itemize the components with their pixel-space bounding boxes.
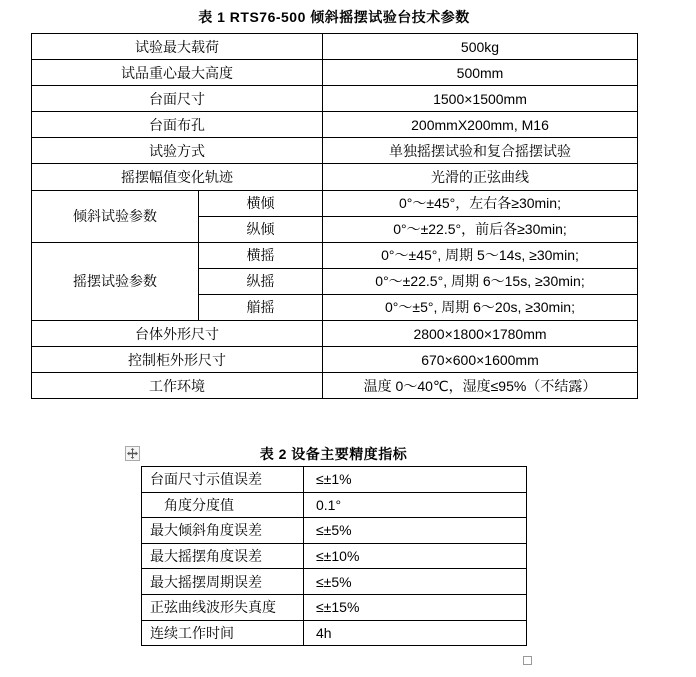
param-value: 0°～±5°, 周期 6～20s, ≥30min; <box>323 294 638 320</box>
table-row: 台体外形尺寸 2800×1800×1780mm <box>32 321 638 347</box>
param-value: 1500×1500mm <box>323 86 638 112</box>
param-value: 0°～±22.5°，前后各≥30min; <box>323 216 638 242</box>
param-value: 温度 0～40℃，湿度≤95%（不结露） <box>323 373 638 399</box>
param-label: 试验方式 <box>32 138 323 164</box>
precision-value: ≤±1% <box>304 467 527 493</box>
param-value: 单独摇摆试验和复合摇摆试验 <box>323 138 638 164</box>
precision-value: 0.1° <box>304 492 527 518</box>
table-row: 台面尺寸示值误差 ≤±1% <box>142 467 527 493</box>
precision-label: 最大倾斜角度误差 <box>142 518 304 544</box>
param-label: 摇摆幅值变化轨迹 <box>32 164 323 190</box>
precision-label: 角度分度值 <box>142 492 304 518</box>
group-label-tilt-test-params: 倾斜试验参数 <box>32 190 199 242</box>
move-icon <box>127 448 138 459</box>
table-row: 角度分度值 0.1° <box>142 492 527 518</box>
param-value: 0°～±45°，左右各≥30min; <box>323 190 638 216</box>
table-row: 台面尺寸 1500×1500mm <box>32 86 638 112</box>
group-label-sway-test-params: 摇摆试验参数 <box>32 242 199 320</box>
table-row: 试品重心最大高度 500mm <box>32 60 638 86</box>
table-row: 摇摆幅值变化轨迹 光滑的正弦曲线 <box>32 164 638 190</box>
table-row: 连续工作时间 4h <box>142 620 527 646</box>
table-row: 最大倾斜角度误差 ≤±5% <box>142 518 527 544</box>
precision-value: ≤±5% <box>304 569 527 595</box>
table-resize-handle[interactable] <box>523 656 532 665</box>
param-value: 0°～±45°, 周期 5～14s, ≥30min; <box>323 242 638 268</box>
table-row: 最大摇摆周期误差 ≤±5% <box>142 569 527 595</box>
param-label: 试验最大载荷 <box>32 34 323 60</box>
table2-precision-indicators: 台面尺寸示值误差 ≤±1% 角度分度值 0.1° 最大倾斜角度误差 ≤±5% 最… <box>141 466 527 646</box>
param-value: 500kg <box>323 34 638 60</box>
param-label: 工作环境 <box>32 373 323 399</box>
precision-value: ≤±10% <box>304 543 527 569</box>
table-row: 试验方式 单独摇摆试验和复合摇摆试验 <box>32 138 638 164</box>
table-row: 工作环境 温度 0～40℃，湿度≤95%（不结露） <box>32 373 638 399</box>
param-value: 670×600×1600mm <box>323 347 638 373</box>
sub-param-label: 艏摇 <box>199 294 323 320</box>
table-row: 摇摆试验参数 横摇 0°～±45°, 周期 5～14s, ≥30min; <box>32 242 638 268</box>
table-row: 试验最大载荷 500kg <box>32 34 638 60</box>
param-value: 500mm <box>323 60 638 86</box>
param-value: 2800×1800×1780mm <box>323 321 638 347</box>
precision-label: 最大摇摆周期误差 <box>142 569 304 595</box>
sub-param-label: 横倾 <box>199 190 323 216</box>
precision-label: 台面尺寸示值误差 <box>142 467 304 493</box>
precision-label: 连续工作时间 <box>142 620 304 646</box>
param-value: 200mmX200mm, M16 <box>323 112 638 138</box>
precision-value: ≤±15% <box>304 594 527 620</box>
table-row: 正弦曲线波形失真度 ≤±15% <box>142 594 527 620</box>
table1-caption: 表 1 RTS76-500 倾斜摇摆试验台技术参数 <box>31 7 637 27</box>
precision-label: 最大摇摆角度误差 <box>142 543 304 569</box>
table1-technical-parameters: 试验最大载荷 500kg 试品重心最大高度 500mm 台面尺寸 1500×15… <box>31 33 638 399</box>
precision-value: ≤±5% <box>304 518 527 544</box>
param-label: 试品重心最大高度 <box>32 60 323 86</box>
table-move-handle[interactable] <box>125 446 140 461</box>
sub-param-label: 纵倾 <box>199 216 323 242</box>
table-row: 倾斜试验参数 横倾 0°～±45°，左右各≥30min; <box>32 190 638 216</box>
table2-caption: 表 2 设备主要精度指标 <box>141 444 526 464</box>
param-label: 台面布孔 <box>32 112 323 138</box>
precision-label: 正弦曲线波形失真度 <box>142 594 304 620</box>
sub-param-label: 纵摇 <box>199 268 323 294</box>
param-label: 控制柜外形尺寸 <box>32 347 323 373</box>
table-row: 控制柜外形尺寸 670×600×1600mm <box>32 347 638 373</box>
param-label: 台面尺寸 <box>32 86 323 112</box>
table-row: 台面布孔 200mmX200mm, M16 <box>32 112 638 138</box>
param-label: 台体外形尺寸 <box>32 321 323 347</box>
sub-param-label: 横摇 <box>199 242 323 268</box>
precision-value: 4h <box>304 620 527 646</box>
param-value: 0°～±22.5°, 周期 6～15s, ≥30min; <box>323 268 638 294</box>
param-value: 光滑的正弦曲线 <box>323 164 638 190</box>
table-row: 最大摇摆角度误差 ≤±10% <box>142 543 527 569</box>
